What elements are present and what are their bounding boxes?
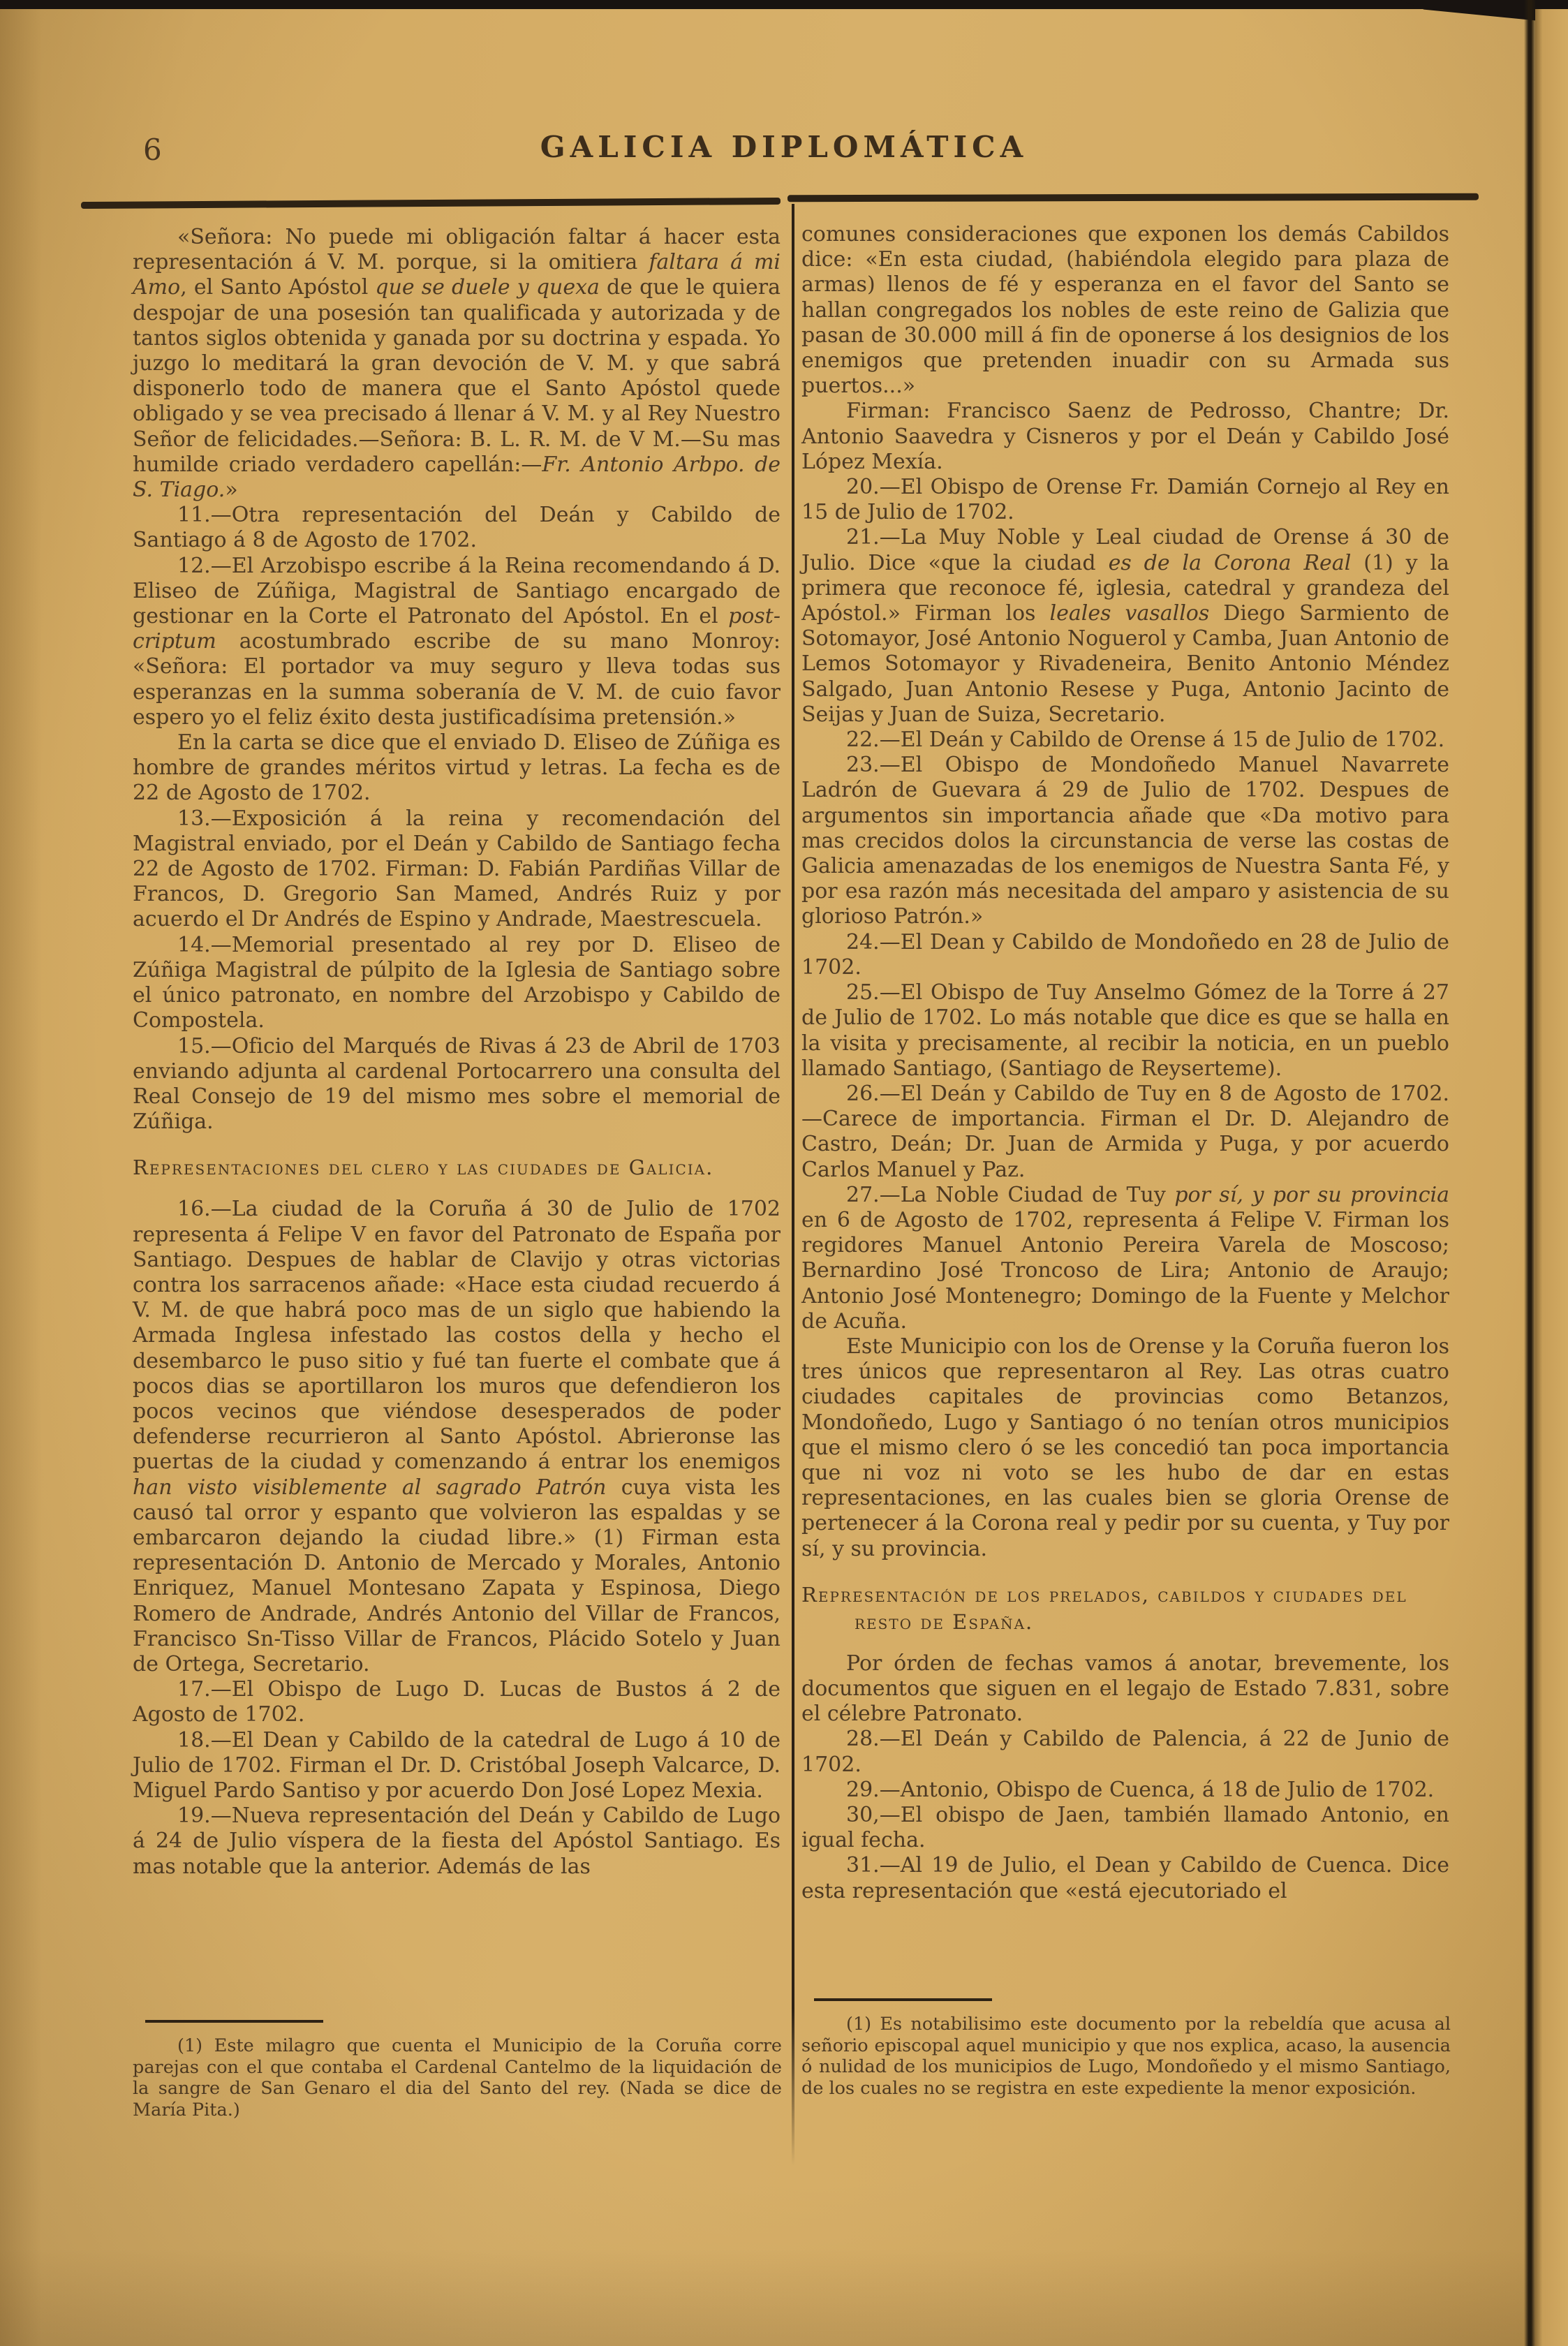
italic-run: han visto visiblemente al sagrado Patrón <box>133 1475 606 1500</box>
column-left: «Señora: No puede mi obligación faltar á… <box>133 225 781 1880</box>
italic-run: que se duele y quexa <box>375 275 600 300</box>
text-run: (1) Este milagro que cuenta el Municipio… <box>133 2035 782 2120</box>
text-run: 14.—Memorial presentado al rey por D. El… <box>133 933 781 1033</box>
text-run: 30,—El obispo de Jaen, también llamado A… <box>801 1803 1449 1852</box>
paragraph: 21.—La Muy Noble y Leal ciudad de Orense… <box>801 525 1449 728</box>
scanned-book-page: { "page": { "number": "6", "title": "GAL… <box>0 0 1568 2346</box>
paragraph: 18.—El Dean y Cabildo de la catedral de … <box>133 1728 781 1804</box>
text-run: Representaciones del clero y las ciudade… <box>133 1156 713 1179</box>
paragraph: Este Municipio con los de Orense y la Co… <box>801 1334 1449 1562</box>
book-gutter-shadow <box>1524 0 1535 2346</box>
text-run: (1) Es notabilisimo este documento por l… <box>801 2014 1451 2099</box>
text-run: 13.—Exposición á la reina y recomendació… <box>133 806 781 932</box>
paragraph: 15.—Oficio del Marqués de Rivas á 23 de … <box>133 1034 781 1135</box>
text-run: Firman: Francisco Saenz de Pedrosso, Cha… <box>801 399 1449 473</box>
text-run: 25.—El Obispo de Tuy Anselmo Gómez de la… <box>801 980 1449 1081</box>
paragraph: 25.—El Obispo de Tuy Anselmo Gómez de la… <box>801 980 1449 1082</box>
column-divider-rule <box>792 204 794 2166</box>
paragraph: 27.—La Noble Ciudad de Tuy por sí, y por… <box>801 1183 1449 1334</box>
section-heading: Representaciones del clero y las ciudade… <box>133 1154 781 1181</box>
paragraph: Firman: Francisco Saenz de Pedrosso, Cha… <box>801 399 1449 475</box>
paragraph: 26.—El Deán y Cabildo de Tuy en 8 de Ago… <box>801 1082 1449 1183</box>
paragraph: 17.—El Obispo de Lugo D. Lucas de Bustos… <box>133 1677 781 1727</box>
paragraph: En la carta se dice que el enviado D. El… <box>133 730 781 806</box>
text-run: 22.—El Deán y Cabildo de Orense á 15 de … <box>846 728 1444 752</box>
text-run: 18.—El Dean y Cabildo de la catedral de … <box>133 1728 781 1803</box>
column-right: comunes consideraciones que exponen los … <box>801 222 1449 1904</box>
paragraph: 23.—El Obispo de Mondoñedo Manuel Navarr… <box>801 753 1449 929</box>
text-run: 17.—El Obispo de Lugo D. Lucas de Bustos… <box>133 1677 781 1727</box>
text-run: 31.—Al 19 de Julio, el Dean y Cabildo de… <box>801 1853 1449 1903</box>
paragraph: 12.—El Arzobispo escribe á la Reina reco… <box>133 554 781 730</box>
paper-page: 6 GALICIA DIPLOMÁTICA «Señora: No puede … <box>0 0 1568 2346</box>
header-rule-left <box>81 198 781 209</box>
footnote-text-right: (1) Es notabilisimo este documento por l… <box>801 2014 1451 2099</box>
text-run: Representación de los prelados, cabildos… <box>801 1583 1407 1634</box>
text-run: » <box>225 478 237 502</box>
text-run: 12.—El Arzobispo escribe á la Reina reco… <box>133 554 781 628</box>
paragraph: 30,—El obispo de Jaen, también llamado A… <box>801 1803 1449 1853</box>
text-run: 24.—El Dean y Cabildo de Mondoñedo en 28… <box>801 930 1449 980</box>
text-run: 19.—Nueva representación del Deán y Cabi… <box>133 1803 781 1878</box>
adjacent-page-edge <box>1535 9 1568 2346</box>
paragraph: 28.—El Deán y Cabildo de Palencia, á 22 … <box>801 1727 1449 1777</box>
page-title: GALICIA DIPLOMÁTICA <box>0 130 1568 164</box>
paragraph: 14.—Memorial presentado al rey por D. El… <box>133 933 781 1034</box>
footnote-rule-left <box>145 2020 323 2023</box>
paragraph: 19.—Nueva representación del Deán y Cabi… <box>133 1803 781 1880</box>
text-run: 23.—El Obispo de Mondoñedo Manuel Navarr… <box>801 753 1449 929</box>
paragraph: Por órden de fechas vamos á anotar, brev… <box>801 1651 1449 1727</box>
italic-run: es de la Corona Real <box>1109 551 1352 575</box>
paragraph: «Señora: No puede mi obligación faltar á… <box>133 225 781 503</box>
footnote-left: (1) Este milagro que cuenta el Municipio… <box>133 2020 782 2120</box>
text-run: Este Municipio con los de Orense y la Co… <box>801 1334 1449 1561</box>
paragraph: 16.—La ciudad de la Coruña á 30 de Julio… <box>133 1197 781 1677</box>
text-run: 16.—La ciudad de la Coruña á 30 de Julio… <box>133 1197 781 1474</box>
text-run: 29.—Antonio, Obispo de Cuenca, á 18 de J… <box>846 1778 1434 1802</box>
text-run: 20.—El Obispo de Orense Fr. Damián Corne… <box>801 475 1449 524</box>
scan-top-edge <box>0 0 1568 9</box>
text-run: 11.—Otra representación del Deán y Cabil… <box>133 503 781 552</box>
text-run: 26.—El Deán y Cabildo de Tuy en 8 de Ago… <box>801 1082 1449 1182</box>
text-run: acostumbrado escribe de su mano Monroy: … <box>133 629 781 730</box>
footnote-rule-right <box>814 1998 992 2001</box>
text-run: 27.—La Noble Ciudad de Tuy <box>846 1183 1174 1207</box>
text-run: cuya vista les causó tal orror y espanto… <box>133 1475 781 1676</box>
text-run: En la carta se dice que el enviado D. El… <box>133 730 781 805</box>
text-run: en 6 de Agosto de 1702, representa á Fel… <box>801 1208 1449 1334</box>
text-run: , el Santo Apóstol <box>180 275 375 300</box>
paragraph: 22.—El Deán y Cabildo de Orense á 15 de … <box>801 728 1449 753</box>
paragraph: 13.—Exposición á la reina y recomendació… <box>133 806 781 933</box>
paragraph: 31.—Al 19 de Julio, el Dean y Cabildo de… <box>801 1853 1449 1903</box>
italic-run: leales vasallos <box>1049 601 1209 626</box>
italic-run: por sí, y por su provincia <box>1174 1183 1449 1207</box>
paragraph: comunes consideraciones que exponen los … <box>801 222 1449 399</box>
footnote-right: (1) Es notabilisimo este documento por l… <box>801 1998 1451 2099</box>
paragraph: 29.—Antonio, Obispo de Cuenca, á 18 de J… <box>801 1778 1449 1803</box>
paragraph: 24.—El Dean y Cabildo de Mondoñedo en 28… <box>801 930 1449 980</box>
footnote-text-left: (1) Este milagro que cuenta el Municipio… <box>133 2035 782 2120</box>
paragraph: 20.—El Obispo de Orense Fr. Damián Corne… <box>801 475 1449 525</box>
text-run: de que le quiera despojar de una posesió… <box>133 275 781 476</box>
paragraph: 11.—Otra representación del Deán y Cabil… <box>133 503 781 553</box>
text-run: 15.—Oficio del Marqués de Rivas á 23 de … <box>133 1034 781 1135</box>
section-heading: Representación de los prelados, cabildos… <box>801 1581 1449 1636</box>
header-rule-right <box>787 193 1479 202</box>
text-run: Por órden de fechas vamos á anotar, brev… <box>801 1651 1449 1726</box>
text-run: 28.—El Deán y Cabildo de Palencia, á 22 … <box>801 1727 1449 1776</box>
text-run: comunes consideraciones que exponen los … <box>801 222 1449 398</box>
